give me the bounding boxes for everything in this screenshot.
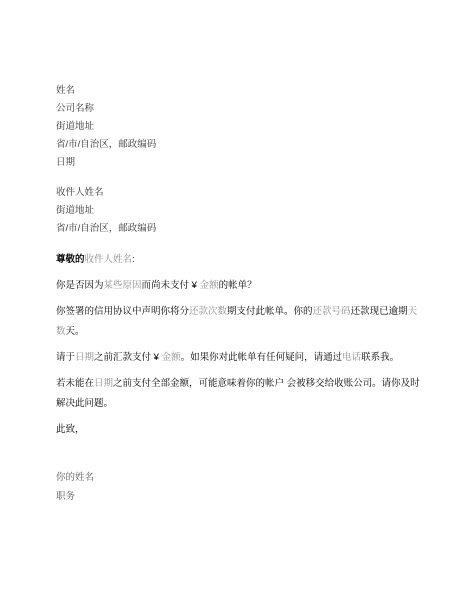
placeholder-field[interactable]: 还款次数 <box>189 306 227 317</box>
placeholder-field[interactable]: 还款号码 <box>313 306 351 317</box>
credit-agreement-paragraph: 你签署的信用协议中声明你将分还款次数期支付此帐单。你的还款号码还款现已逾期天数天… <box>56 302 426 342</box>
placeholder-field[interactable]: 某些原因 <box>104 280 142 291</box>
text-run: 你签署的信用协议中声明你将分 <box>56 306 189 317</box>
placeholder-field[interactable]: 收件人姓名 <box>85 254 133 265</box>
address-line: 街道地址 <box>56 118 426 136</box>
text-run: 的帐单？ <box>219 280 257 291</box>
address-line: 姓名 <box>56 82 426 100</box>
text-run: 。如果你对此帐单有任何疑问，请通过 <box>181 352 343 363</box>
address-line: 省/市/自治区，邮政编码 <box>56 220 426 238</box>
letter-body: 你是否因为某些原因而尚未支付 ¥ 金额的帐单？你签署的信用协议中声明你将分还款次… <box>56 276 426 414</box>
payment-request-paragraph: 请于日期之前汇款支付 ¥ 金额。如果你对此帐单有任何疑问，请通过电话联系我。 <box>56 348 426 368</box>
placeholder-field[interactable]: 金额 <box>200 280 219 291</box>
placeholder-field[interactable]: 电话 <box>342 352 361 363</box>
text-run: 而尚未支付 ¥ <box>142 280 200 291</box>
address-line: 省/市/自治区，邮政编码 <box>56 136 426 154</box>
placeholder-field[interactable]: 金额 <box>162 352 181 363</box>
closing-line: 此致， <box>56 420 426 440</box>
text-run: 期支付此帐单。你的 <box>227 306 313 317</box>
address-line: 收件人姓名 <box>56 184 426 202</box>
address-line: 日期 <box>56 154 426 172</box>
sender-address-block: 姓名公司名称街道地址省/市/自治区，邮政编码日期 <box>56 82 426 172</box>
recipient-address-block: 收件人姓名街道地址省/市/自治区，邮政编码 <box>56 184 426 238</box>
address-line: 公司名称 <box>56 100 426 118</box>
payment-reminder-letter: 姓名公司名称街道地址省/市/自治区，邮政编码日期 收件人姓名街道地址省/市/自治… <box>0 0 462 600</box>
collection-warning-paragraph: 若未能在日期之前支付全部金额，可能意味着你的帐户 会被移交给收账公司。请你及时解… <box>56 374 426 414</box>
text-run: 之前汇款支付 ¥ <box>94 352 162 363</box>
address-line: 街道地址 <box>56 202 426 220</box>
placeholder-field[interactable]: 日期 <box>94 378 113 389</box>
text-run: 尊敬的 <box>56 254 85 265</box>
text-run: 天。 <box>66 326 85 337</box>
unpaid-bill-question: 你是否因为某些原因而尚未支付 ¥ 金额的帐单？ <box>56 276 426 296</box>
placeholder-field[interactable]: 日期 <box>75 352 94 363</box>
text-run: 若未能在 <box>56 378 94 389</box>
text-run: 联系我。 <box>361 352 399 363</box>
signature-line: 你的姓名 <box>56 468 426 487</box>
text-run: 还款现已逾期 <box>351 306 408 317</box>
salutation-line: 尊敬的收件人姓名: <box>56 250 426 270</box>
text-run: 请于 <box>56 352 75 363</box>
text-run: : <box>132 254 135 265</box>
signature-line: 职务 <box>56 487 426 506</box>
signature-block: 你的姓名职务 <box>56 468 426 506</box>
text-run: 你是否因为 <box>56 280 104 291</box>
